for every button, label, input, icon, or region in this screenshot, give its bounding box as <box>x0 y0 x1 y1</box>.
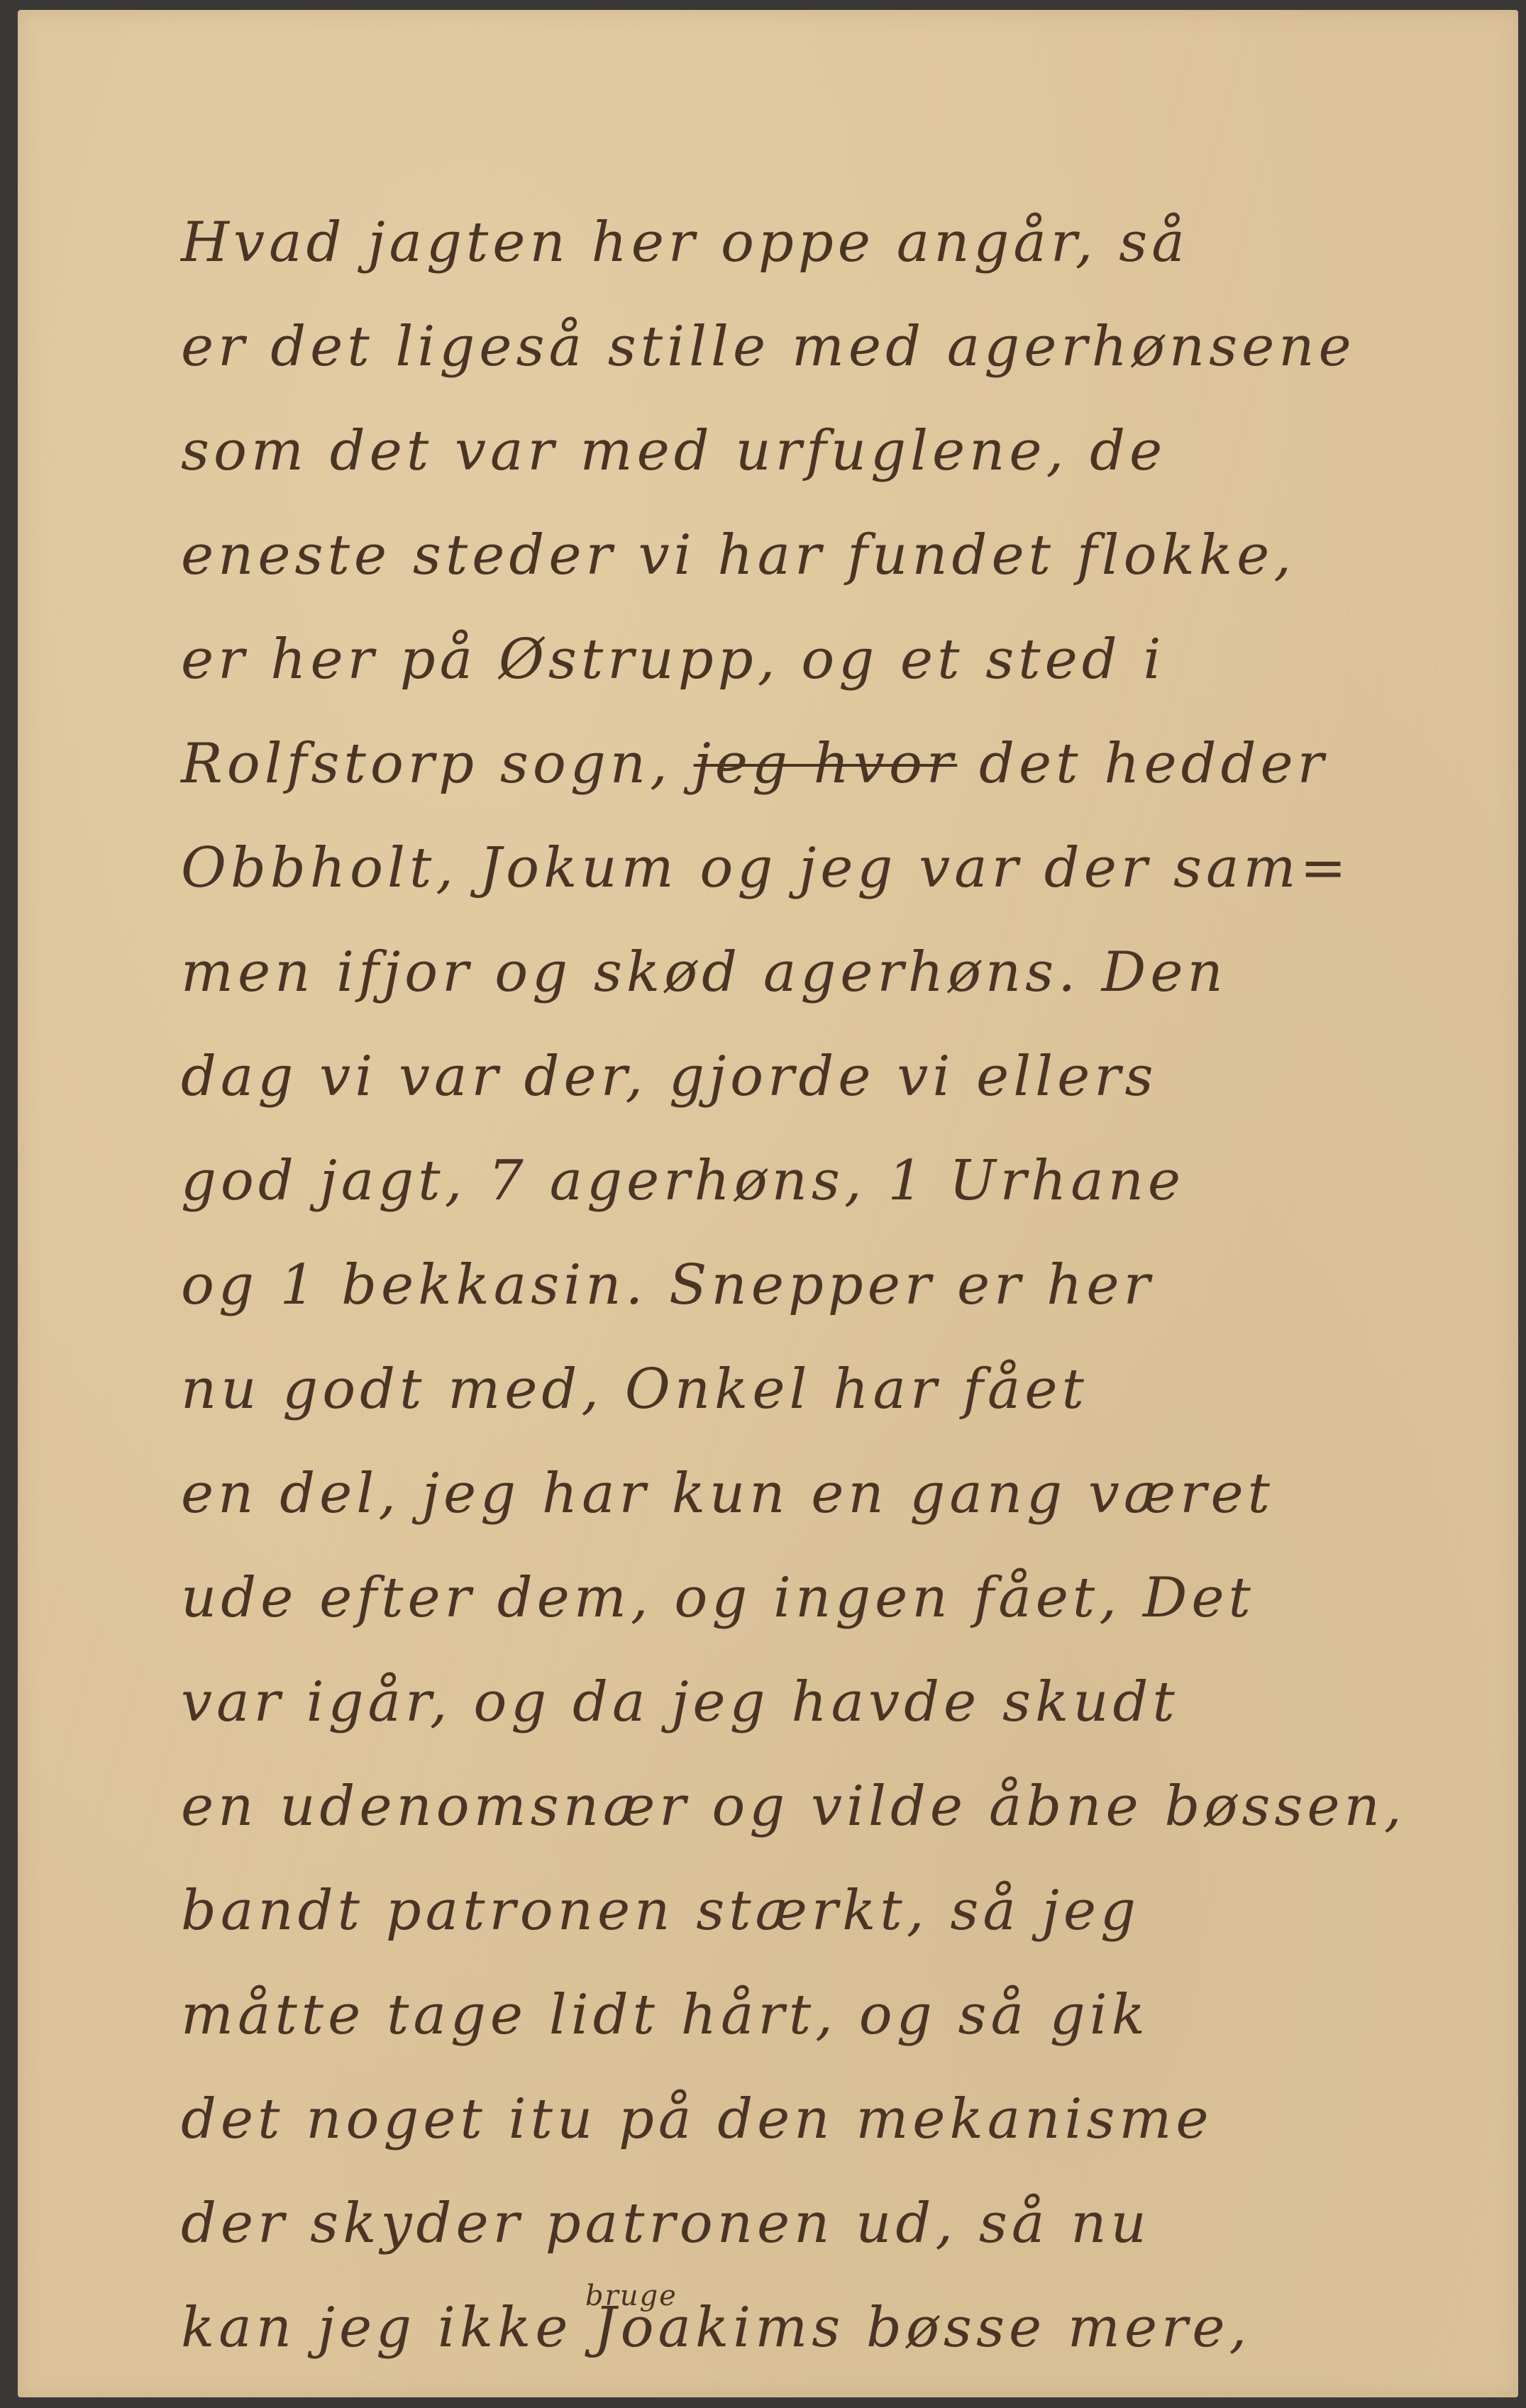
letter-line-10: god jagt, 7 agerhøns, 1 Urhane <box>181 1129 1515 1233</box>
letter-page: Hvad jagten her oppe angår, så er det li… <box>18 10 1518 2397</box>
letter-line-14: ude efter dem, og ingen fået, Det <box>181 1546 1515 1650</box>
letter-line-6: Rolfstorp sogn, jeg hvor det hedder <box>181 712 1515 816</box>
struck-out-words: jeg hvor <box>694 732 958 796</box>
letter-line-19: det noget itu på den mekanisme <box>181 2068 1515 2172</box>
letter-line-3: som det var med urfuglene, de <box>181 399 1515 504</box>
letter-line-8: men ifjor og skød agerhøns. Den <box>181 921 1515 1025</box>
letter-line-12: nu godt med, Onkel har fået <box>181 1338 1515 1442</box>
letter-body: Hvad jagten her oppe angår, så er det li… <box>181 191 1515 2380</box>
letter-line-21: kan jeg ikke bruge Joakims bøsse mere, <box>181 2276 1515 2380</box>
letter-line-21-pre: kan jeg ikke <box>181 2296 594 2360</box>
interlinear-insertion: bruge <box>585 2282 678 2310</box>
letter-line-6-post: det hedder <box>957 732 1328 796</box>
letter-line-15: var igår, og da jeg havde skudt <box>181 1650 1515 1755</box>
letter-line-20: der skyder patronen ud, så nu <box>181 2172 1515 2276</box>
letter-line-9: dag vi var der, gjorde vi ellers <box>181 1025 1515 1129</box>
letter-line-7: Obbholt, Jokum og jeg var der sam= <box>181 816 1515 921</box>
letter-line-2: er det ligeså stille med agerhønsene <box>181 295 1515 399</box>
letter-line-6-pre: Rolfstorp sogn, <box>181 732 694 796</box>
letter-line-11: og 1 bekkasin. Snepper er her <box>181 1233 1515 1338</box>
letter-line-4: eneste steder vi har fundet flokke, <box>181 504 1515 608</box>
letter-line-13: en del, jeg har kun en gang været <box>181 1442 1515 1546</box>
letter-line-18: måtte tage lidt hårt, og så gik <box>181 1963 1515 2068</box>
letter-line-5: er her på Østrupp, og et sted i <box>181 608 1515 712</box>
letter-line-17: bandt patronen stærkt, så jeg <box>181 1859 1515 1963</box>
letter-line-16: en udenomsnær og vilde åbne bøssen, <box>181 1755 1515 1859</box>
letter-line-1: Hvad jagten her oppe angår, så <box>181 191 1515 295</box>
letter-line-21-post: Joakims bøsse mere, <box>594 2296 1251 2360</box>
